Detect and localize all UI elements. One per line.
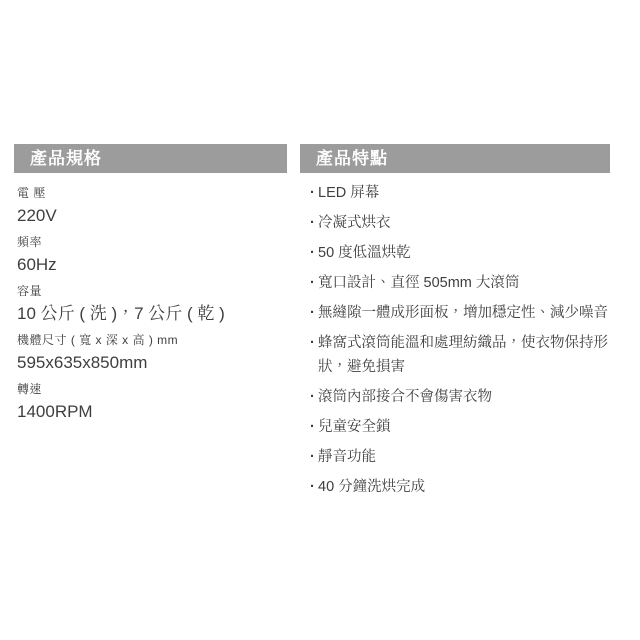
feature-text: 蜂窩式滾筒能溫和處理紡織品，使衣物保持形狀，避免損害 xyxy=(318,335,608,375)
spec-label: 電 壓 xyxy=(17,185,287,201)
spec-label: 機體尺寸 ( 寬 x 深 x 高 ) mm xyxy=(17,332,287,348)
spec-label: 轉速 xyxy=(17,381,287,397)
bullet-dot-icon: · xyxy=(310,211,315,235)
spec-value: 60Hz xyxy=(17,254,287,276)
feature-text: 寬口設計、直徑 505mm 大滾筒 xyxy=(318,275,519,291)
features-list: ·LED 屏幕·冷凝式烘衣·50 度低溫烘乾·寬口設計、直徑 505mm 大滾筒… xyxy=(300,181,610,499)
spec-row: 電 壓220V xyxy=(17,185,287,227)
feature-row: ·蜂窩式滾筒能溫和處理紡織品，使衣物保持形狀，避免損害 xyxy=(300,331,610,379)
feature-text: 兒童安全鎖 xyxy=(318,419,391,435)
feature-text: 冷凝式烘衣 xyxy=(318,215,391,231)
bullet-dot-icon: · xyxy=(310,271,315,295)
feature-row: ·靜音功能 xyxy=(300,445,610,469)
feature-row: ·無縫隙一體成形面板，增加穩定性、減少噪音 xyxy=(300,301,610,325)
bullet-dot-icon: · xyxy=(310,241,315,265)
features-title: 產品特點 xyxy=(316,149,388,168)
feature-text: 無縫隙一體成形面板，增加穩定性、減少噪音 xyxy=(318,305,608,321)
feature-row: ·兒童安全鎖 xyxy=(300,415,610,439)
spec-label: 容量 xyxy=(17,283,287,299)
spec-value: 595x635x850mm xyxy=(17,352,287,374)
feature-text: 靜音功能 xyxy=(318,449,376,465)
bullet-dot-icon: · xyxy=(310,385,315,409)
feature-text: 40 分鐘洗烘完成 xyxy=(318,479,425,495)
spec-row: 機體尺寸 ( 寬 x 深 x 高 ) mm595x635x850mm xyxy=(17,332,287,374)
spec-label: 頻率 xyxy=(17,234,287,250)
spec-value: 1400RPM xyxy=(17,401,287,423)
specs-header-bar: 產品規格 xyxy=(14,144,287,173)
feature-text: 滾筒內部接合不會傷害衣物 xyxy=(318,389,492,405)
feature-row: ·LED 屏幕 xyxy=(300,181,610,205)
spec-row: 頻率60Hz xyxy=(17,234,287,276)
feature-text: LED 屏幕 xyxy=(318,185,379,201)
bullet-dot-icon: · xyxy=(310,331,315,355)
specs-list: 電 壓220V頻率60Hz容量10 公斤 ( 洗 )，7 公斤 ( 乾 )機體尺… xyxy=(14,185,287,423)
bullet-dot-icon: · xyxy=(310,475,315,499)
feature-row: ·40 分鐘洗烘完成 xyxy=(300,475,610,499)
feature-row: ·滾筒內部接合不會傷害衣物 xyxy=(300,385,610,409)
feature-row: ·50 度低溫烘乾 xyxy=(300,241,610,265)
feature-row: ·寬口設計、直徑 505mm 大滾筒 xyxy=(300,271,610,295)
bullet-dot-icon: · xyxy=(310,445,315,469)
bullet-dot-icon: · xyxy=(310,301,315,325)
feature-row: ·冷凝式烘衣 xyxy=(300,211,610,235)
product-features-section: 產品特點 ·LED 屏幕·冷凝式烘衣·50 度低溫烘乾·寬口設計、直徑 505m… xyxy=(300,144,610,505)
spec-value: 10 公斤 ( 洗 )，7 公斤 ( 乾 ) xyxy=(17,303,287,325)
specs-title: 產品規格 xyxy=(30,149,102,168)
product-specs-section: 產品規格 電 壓220V頻率60Hz容量10 公斤 ( 洗 )，7 公斤 ( 乾… xyxy=(14,144,287,430)
spec-value: 220V xyxy=(17,205,287,227)
bullet-dot-icon: · xyxy=(310,181,315,205)
bullet-dot-icon: · xyxy=(310,415,315,439)
spec-row: 容量10 公斤 ( 洗 )，7 公斤 ( 乾 ) xyxy=(17,283,287,325)
features-header-bar: 產品特點 xyxy=(300,144,610,173)
spec-row: 轉速1400RPM xyxy=(17,381,287,423)
feature-text: 50 度低溫烘乾 xyxy=(318,245,411,261)
